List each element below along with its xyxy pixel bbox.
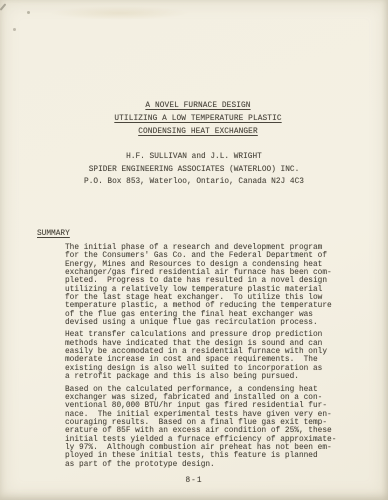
scanned-paper-page: A NOVEL FURNACE DESIGN UTILIZING A LOW T… — [0, 0, 388, 500]
paragraph-3: Based on the calculated performance, a c… — [65, 386, 347, 469]
paper-stain — [50, 6, 190, 20]
paragraph-1: The initial phase of a research and deve… — [65, 244, 347, 327]
author-address: P.O. Box 853, Waterloo, Ontario, Canada … — [0, 176, 388, 189]
author-block: H.F. SULLIVAN and J.L. WRIGHT SPIDER ENG… — [0, 151, 388, 189]
paper-speck — [13, 28, 16, 31]
paragraph-2: Heat transfer calculations and pressure … — [65, 331, 347, 381]
title-line-1: A NOVEL FURNACE DESIGN — [8, 100, 388, 113]
author-affiliation: SPIDER ENGINEERING ASSOCIATES (WATERLOO)… — [0, 164, 388, 177]
paper-smudge — [0, 3, 6, 10]
title-line-3: CONDENSING HEAT EXCHANGER — [8, 126, 388, 139]
title-line-2: UTILIZING A LOW TEMPERATURE PLASTIC — [8, 113, 388, 126]
page-number: 8-1 — [0, 476, 388, 486]
summary-body: The initial phase of a research and deve… — [65, 244, 347, 473]
paper-speck — [27, 11, 30, 14]
paper-title: A NOVEL FURNACE DESIGN UTILIZING A LOW T… — [8, 100, 388, 139]
author-names: H.F. SULLIVAN and J.L. WRIGHT — [0, 151, 388, 164]
section-heading-summary: SUMMARY — [37, 229, 70, 239]
